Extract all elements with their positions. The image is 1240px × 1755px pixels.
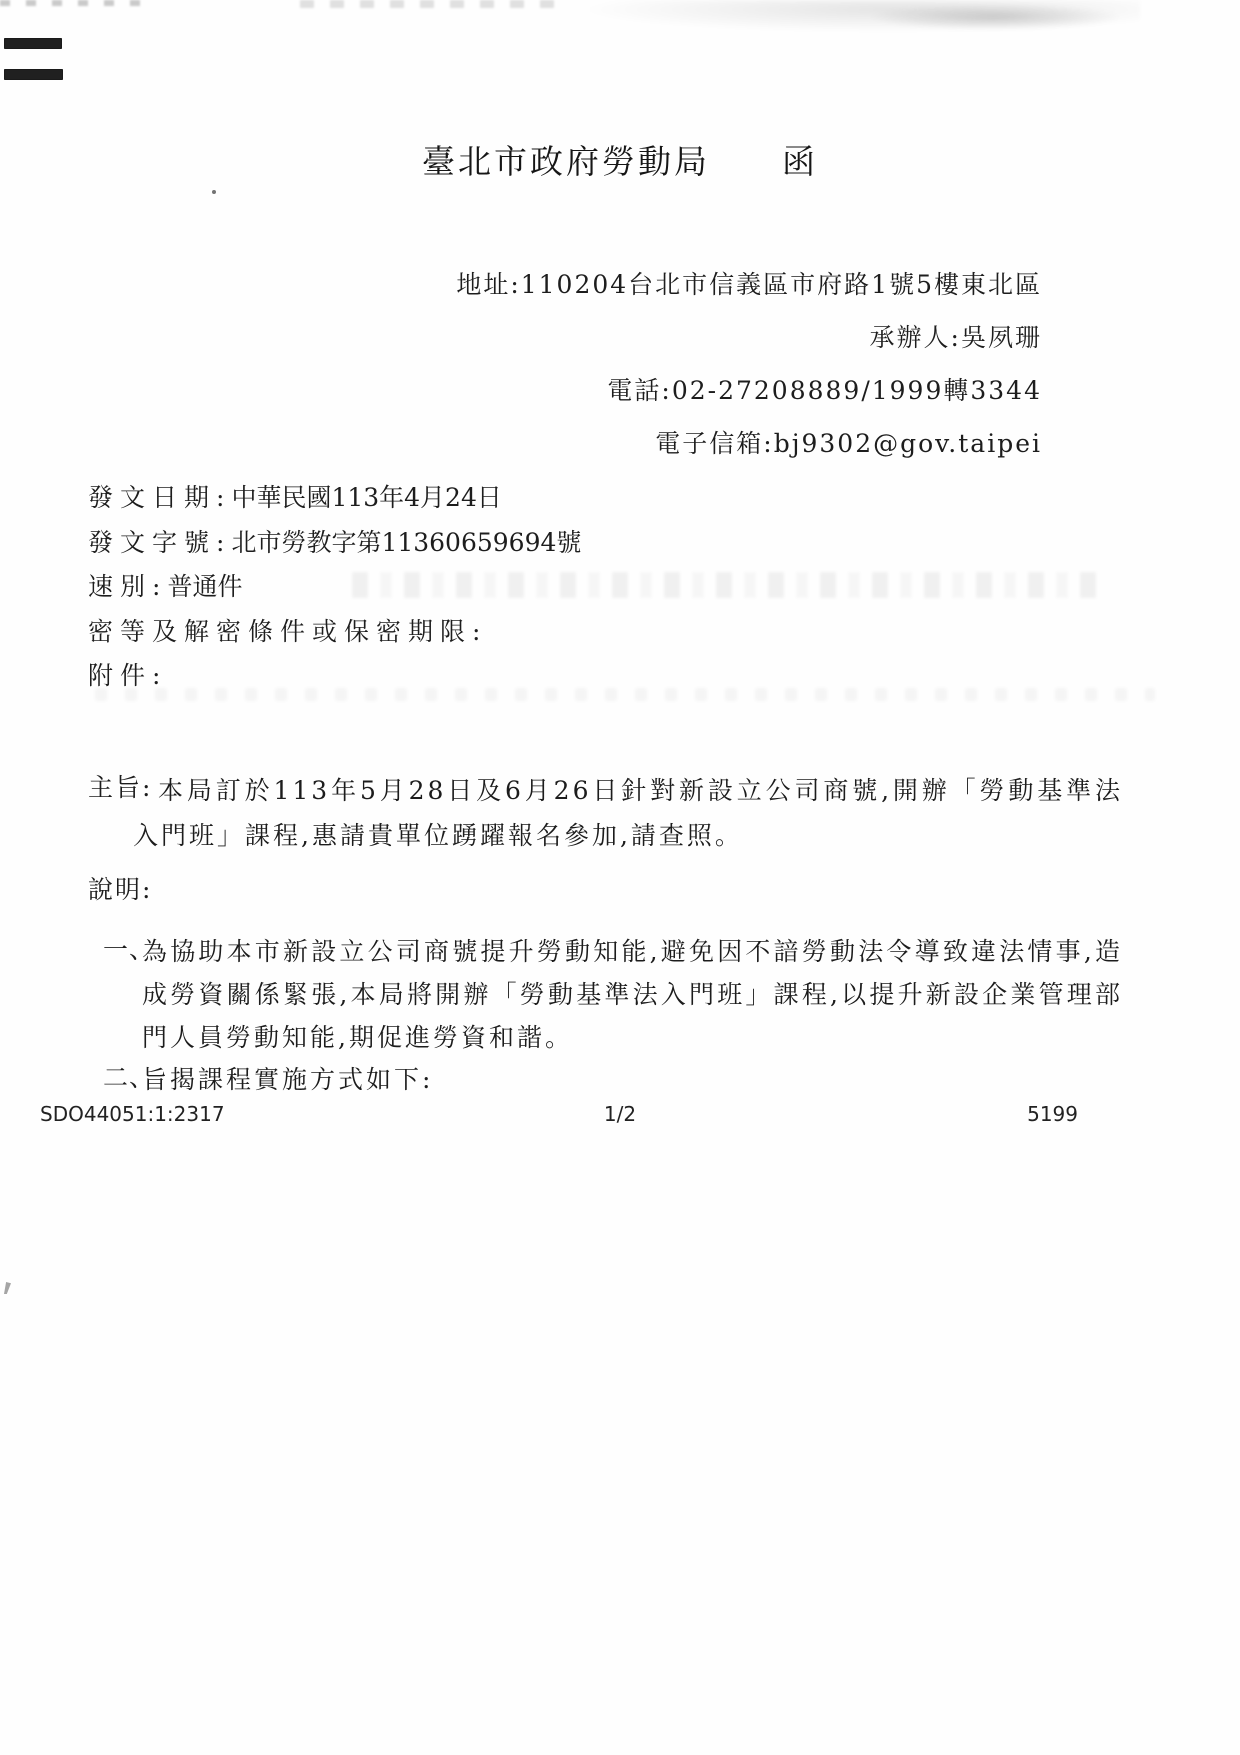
speed-label: 速別: bbox=[88, 572, 167, 601]
document-title: 臺北市政府勞動局 函 bbox=[0, 136, 1240, 183]
scan-speck bbox=[4, 1282, 11, 1294]
list-item: 二、 旨揭課程實施方式如下: bbox=[103, 1058, 1123, 1101]
issue-date-line: 發文日期:中華民國113年4月24日 bbox=[88, 476, 581, 521]
attachment-label: 附件: bbox=[88, 661, 167, 690]
registration-bar-top bbox=[4, 38, 62, 49]
subject-label: 主旨: bbox=[88, 768, 152, 804]
address-value: 110204台北市信義區市府路1號5樓東北區 bbox=[521, 270, 1042, 299]
speed-value: 普通件 bbox=[167, 572, 242, 601]
contact-block: 地址:110204台北市信義區市府路1號5樓東北區 承辦人:吳夙珊 電話:02-… bbox=[456, 258, 1042, 470]
footer-serial: 5199 bbox=[1027, 1102, 1078, 1126]
page-footer: SDO44051:1:2317 1/2 5199 bbox=[0, 1102, 1240, 1130]
speed-line: 速別:普通件 bbox=[88, 565, 581, 610]
address-label: 地址: bbox=[456, 270, 520, 299]
email-label: 電子信箱: bbox=[655, 429, 773, 458]
issue-date-label: 發文日期: bbox=[88, 483, 231, 512]
person-label: 承辦人: bbox=[870, 323, 961, 352]
attachment-line: 附件: bbox=[88, 654, 581, 699]
issue-date-value: 中華民國113年4月24日 bbox=[231, 483, 501, 512]
item-number: 一、 bbox=[103, 930, 155, 966]
list-item: 一、 為協助本市新設立公司商號提升勞動知能,避免因不諳勞動法令導致違法情事,造成… bbox=[103, 930, 1123, 1059]
doc-number-value: 北市勞教字第11360659694號 bbox=[231, 528, 581, 557]
scan-speck bbox=[212, 190, 216, 194]
explanation-section: 說明: bbox=[88, 870, 152, 906]
subject-text: 本局訂於113年5月28日及6月26日針對新設立公司商號,開辦「勞動基準法入門班… bbox=[133, 768, 1123, 858]
contact-person-line: 承辦人:吳夙珊 bbox=[456, 311, 1042, 364]
contact-address-line: 地址:110204台北市信義區市府路1號5樓東北區 bbox=[456, 258, 1042, 311]
scan-smudge-artifact bbox=[580, 0, 1140, 32]
item-text: 旨揭課程實施方式如下: bbox=[142, 1058, 1123, 1101]
doc-number-label: 發文字號: bbox=[88, 528, 231, 557]
phone-value: 02-27208889/1999轉3344 bbox=[672, 376, 1042, 405]
person-value: 吳夙珊 bbox=[961, 323, 1042, 352]
subject-section: 主旨: 本局訂於113年5月28日及6月26日針對新設立公司商號,開辦「勞動基準… bbox=[88, 768, 1123, 858]
email-value: bj9302@gov.taipei bbox=[774, 429, 1042, 458]
scan-smudge-artifact bbox=[300, 0, 570, 8]
metadata-block: 發文日期:中華民國113年4月24日 發文字號:北市勞教字第1136065969… bbox=[88, 476, 581, 699]
item-number: 二、 bbox=[103, 1058, 155, 1094]
security-line: 密等及解密條件或保密期限: bbox=[88, 610, 581, 655]
contact-email-line: 電子信箱:bj9302@gov.taipei bbox=[456, 417, 1042, 470]
scan-smudge-artifact bbox=[0, 0, 150, 6]
registration-bar-bottom bbox=[4, 69, 63, 80]
contact-phone-line: 電話:02-27208889/1999轉3344 bbox=[456, 364, 1042, 417]
phone-label: 電話: bbox=[607, 376, 671, 405]
doc-number-line: 發文字號:北市勞教字第11360659694號 bbox=[88, 521, 581, 566]
security-label: 密等及解密條件或保密期限: bbox=[88, 617, 487, 646]
explanation-label: 說明: bbox=[88, 875, 152, 904]
scanned-letter-page: 臺北市政府勞動局 函 地址:110204台北市信義區市府路1號5樓東北區 承辦人… bbox=[0, 0, 1240, 1755]
scan-smudge-artifact bbox=[870, 4, 1120, 30]
item-text: 為協助本市新設立公司商號提升勞動知能,避免因不諳勞動法令導致違法情事,造成勞資關… bbox=[142, 930, 1123, 1059]
